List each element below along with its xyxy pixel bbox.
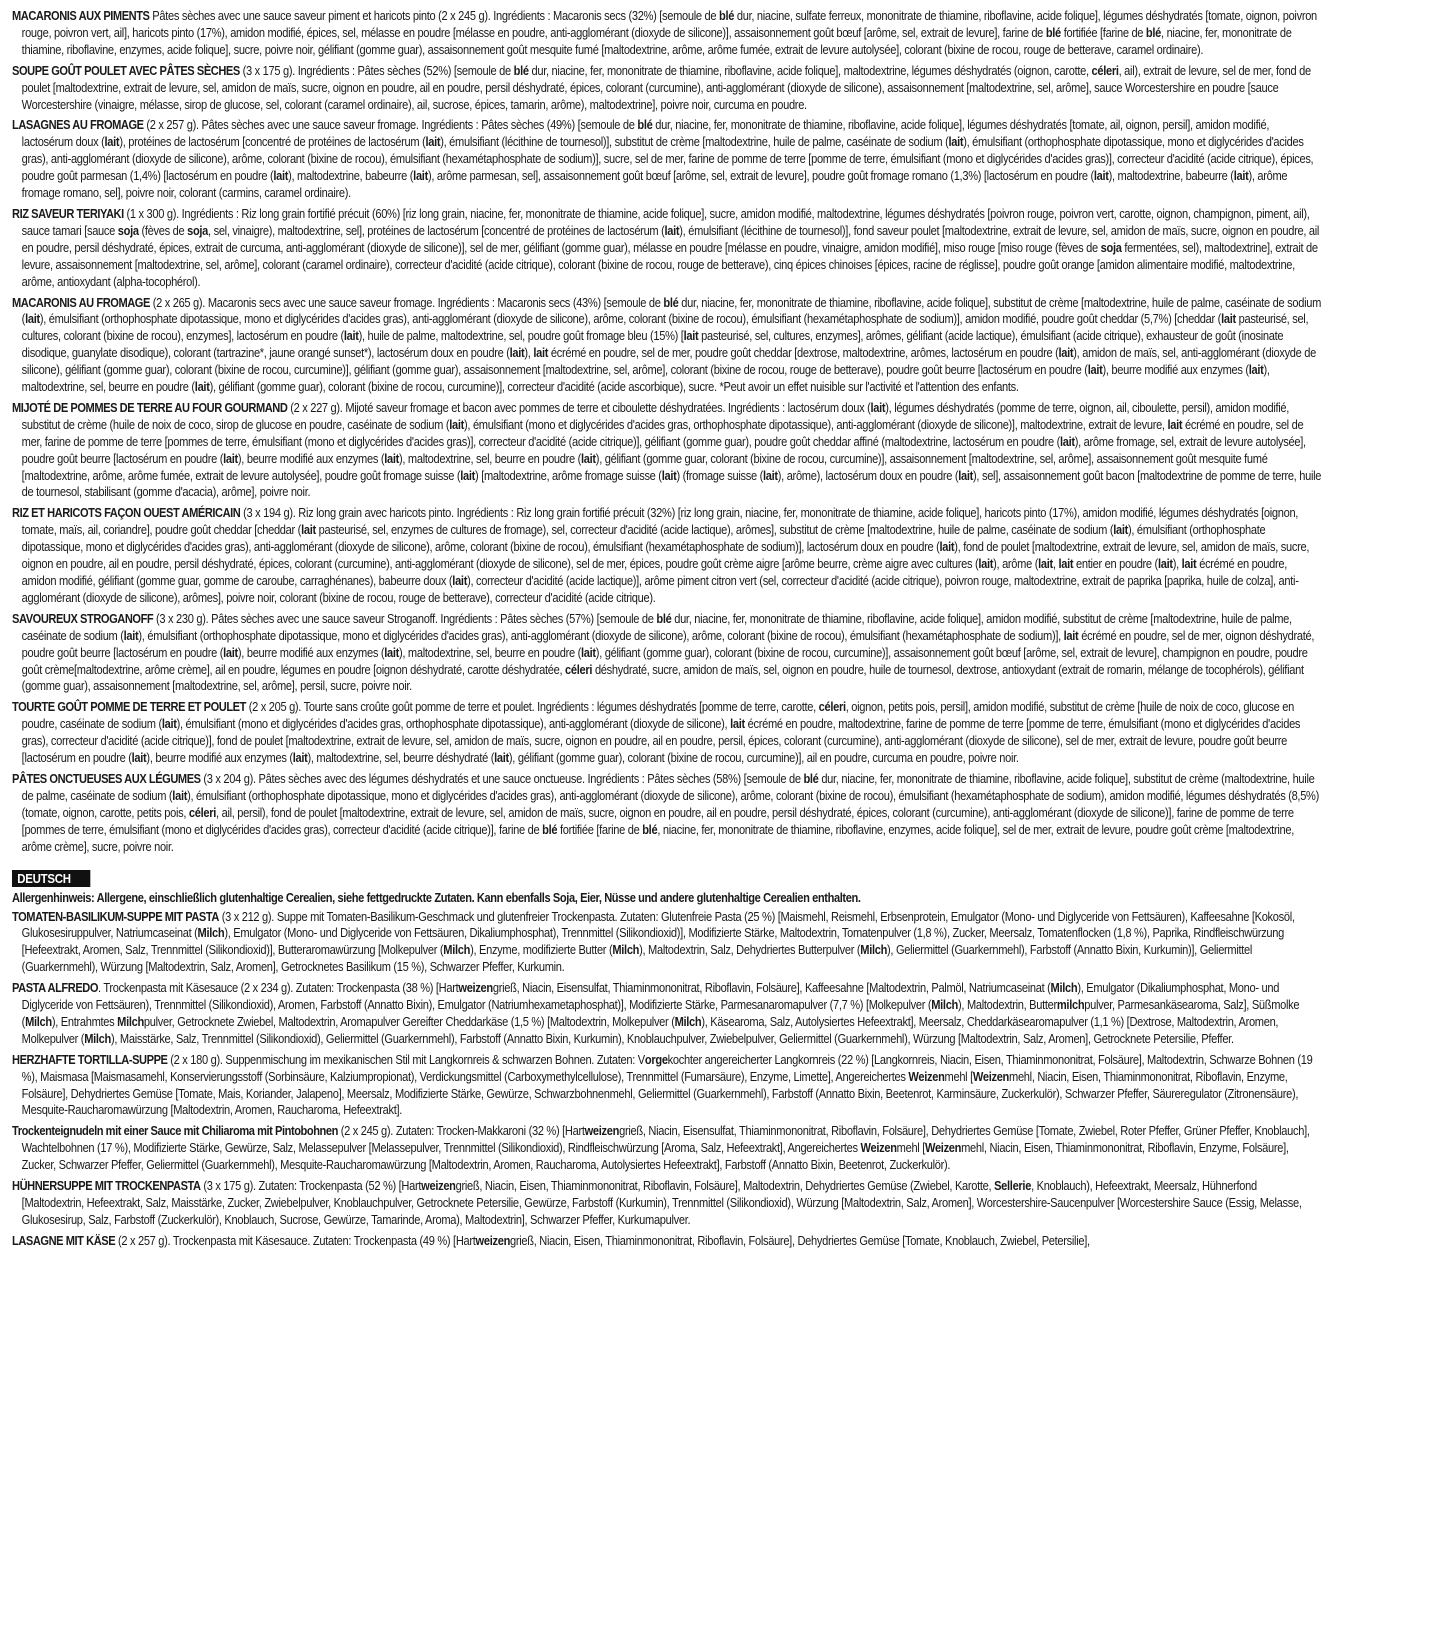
allergen-highlight: blé xyxy=(663,296,678,310)
ingredient-text: mehl [ xyxy=(945,1070,973,1084)
product-title: HÜHNERSUPPE MIT TROCKENPASTA xyxy=(12,1179,201,1193)
allergen-highlight: blé xyxy=(656,612,671,626)
ingredient-text: , sel, vinaigre), maltodextrine, sel], p… xyxy=(208,224,664,238)
product-title: RIZ ET HARICOTS FAÇON OUEST AMÉRICAIN xyxy=(12,506,240,520)
allergen-highlight: lait xyxy=(1167,418,1182,432)
allergen-highlight: lait xyxy=(1249,363,1264,377)
ingredient-text: pulver, Getrocknete Zwiebel, Maltodextri… xyxy=(144,1015,675,1029)
allergen-highlight: blé xyxy=(642,823,657,837)
ingredient-text: ), maltodextrine, sel, beurre en poudre … xyxy=(399,646,581,660)
product-entry: HÜHNERSUPPE MIT TROCKENPASTA (3 x 175 g)… xyxy=(12,1178,1321,1229)
allergen-highlight: lait xyxy=(384,452,399,466)
allergen-highlight: céleri xyxy=(565,663,592,677)
product-entry: Trockenteignudeln mit einer Sauce mit Ch… xyxy=(12,1123,1321,1174)
product-title: Trockenteignudeln mit einer Sauce mit Ch… xyxy=(12,1124,338,1138)
product-title: LASAGNE MIT KÄSE xyxy=(12,1234,115,1248)
ingredient-text: ), émulsifiant (mono et diglycérides d'a… xyxy=(464,418,1167,432)
allergen-highlight: lait xyxy=(581,452,596,466)
ingredient-text: (2 x 205 g). Tourte sans croûte goût pom… xyxy=(246,700,819,714)
ingredient-text: ), Entrahmtes xyxy=(52,1015,117,1029)
ingredient-text: entier en poudre ( xyxy=(1073,557,1158,571)
product-title: LASAGNES AU FROMAGE xyxy=(12,118,144,132)
ingredient-text: dur, niacine, fer, mononitrate de thiami… xyxy=(529,64,1092,78)
allergen-highlight: lait xyxy=(870,401,885,415)
product-entry: TOMATEN-BASILIKUM-SUPPE MIT PASTA (3 x 2… xyxy=(12,909,1321,977)
allergen-highlight: Weizen xyxy=(861,1141,897,1155)
ingredient-text: (2 x 245 g). Zutaten: Trocken-Makkaroni … xyxy=(338,1124,585,1138)
allergen-highlight: Milch xyxy=(443,943,470,957)
product-entry: TOURTE GOÛT POMME DE TERRE ET POULET (2 … xyxy=(12,699,1321,767)
allergen-highlight: lait xyxy=(293,751,308,765)
allergen-highlight: lait xyxy=(940,540,955,554)
ingredient-text: ), maltodextrine, sel, beurre en poudre … xyxy=(399,452,581,466)
product-title: PASTA ALFREDO xyxy=(12,981,98,995)
ingredient-text: ), Maltodextrin, Butter xyxy=(958,998,1057,1012)
allergen-highlight: Milch xyxy=(117,1015,144,1029)
ingredient-text: ), protéines de lactosérum [concentré de… xyxy=(119,135,425,149)
allergen-highlight: lait xyxy=(195,380,210,394)
allergen-highlight: Milch xyxy=(675,1015,702,1029)
ingredient-text: (2 x 265 g). Macaronis secs avec une sau… xyxy=(150,296,663,310)
allergen-highlight: soja xyxy=(187,224,208,238)
allergen-highlight: Weizen xyxy=(908,1070,944,1084)
allergen-highlight: lait xyxy=(460,469,475,483)
allergen-highlight: soja xyxy=(118,224,139,238)
allergen-highlight: lait xyxy=(1038,557,1053,571)
german-section-header: DEUTSCH xyxy=(12,870,90,887)
ingredient-text: Pâtes sèches avec une sauce saveur pimen… xyxy=(150,9,720,23)
allergen-highlight: lait xyxy=(948,135,963,149)
allergen-highlight: lait xyxy=(301,523,316,537)
allergen-highlight: blé xyxy=(542,823,557,837)
ingredient-text: ), gélifiant (gomme guar), colorant (bix… xyxy=(210,380,1019,394)
ingredient-text: (2 x 257 g). Pâtes sèches avec une sauce… xyxy=(144,118,638,132)
product-entry: MACARONIS AUX PIMENTS Pâtes sèches avec … xyxy=(12,8,1321,59)
ingredient-text: ), beurre modifié aux enzymes ( xyxy=(146,751,292,765)
product-entry: RIZ SAVEUR TERIYAKI (1 x 300 g). Ingrédi… xyxy=(12,206,1321,291)
product-entry: LASAGNES AU FROMAGE (2 x 257 g). Pâtes s… xyxy=(12,117,1321,202)
product-entry: SAVOUREUX STROGANOFF (3 x 230 g). Pâtes … xyxy=(12,611,1321,696)
allergen-highlight: lait xyxy=(223,646,238,660)
allergen-highlight: lait xyxy=(494,751,509,765)
allergen-highlight: milch xyxy=(1057,998,1084,1012)
allergen-highlight: lait xyxy=(1060,435,1075,449)
allergen-highlight: céleri xyxy=(819,700,846,714)
allergen-highlight: lait xyxy=(1221,312,1236,326)
allergen-highlight: céleri xyxy=(189,806,216,820)
ingredient-text: ), beurre modifié aux enzymes ( xyxy=(238,452,384,466)
allergen-highlight: blé xyxy=(1146,26,1161,40)
ingredient-text: grieß, Niacin, Eisen, Thiaminmononitrat,… xyxy=(510,1234,1090,1248)
allergen-highlight: lait xyxy=(413,169,428,183)
allergen-highlight: lait xyxy=(763,469,778,483)
allergen-highlight: lait xyxy=(124,629,139,643)
allergen-highlight: lait xyxy=(1158,557,1173,571)
allergen-highlight: lait xyxy=(730,717,745,731)
allergen-highlight: lait xyxy=(25,312,40,326)
allergen-highlight: lait xyxy=(1234,169,1249,183)
allergen-highlight: lait xyxy=(665,224,680,238)
product-entry: RIZ ET HARICOTS FAÇON OUEST AMÉRICAIN (3… xyxy=(12,505,1321,606)
allergen-highlight: lait xyxy=(1094,169,1109,183)
allergen-highlight: lait xyxy=(510,346,525,360)
ingredient-text: ), maltodextrine, babeurre ( xyxy=(288,169,413,183)
ingredient-text: ) (fromage suisse ( xyxy=(676,469,763,483)
ingredient-text: ), Maisstärke, Salz, Trennmittel (Siliko… xyxy=(111,1032,1234,1046)
allergen-highlight: lait xyxy=(1064,629,1079,643)
allergen-highlight: blé xyxy=(719,9,734,23)
allergen-highlight: blé xyxy=(803,772,818,786)
product-title: SOUPE GOÛT POULET AVEC PÂTES SÈCHES xyxy=(12,64,240,78)
allergen-highlight: lait xyxy=(581,646,596,660)
allergen-highlight: Milch xyxy=(84,1032,111,1046)
allergen-highlight: weizen xyxy=(421,1179,455,1193)
product-entry: PÂTES ONCTUEUSES AUX LÉGUMES (3 x 204 g)… xyxy=(12,771,1321,856)
ingredient-text: (3 x 204 g). Pâtes sèches avec des légum… xyxy=(201,772,804,786)
allergen-highlight: Milch xyxy=(25,1015,52,1029)
ingredient-text: ), maltodextrine, sel, beurre déshydraté… xyxy=(308,751,495,765)
ingredient-text: ), maltodextrine, babeurre ( xyxy=(1109,169,1234,183)
ingredient-text: ), arôme), lactosérum doux en poudre ( xyxy=(778,469,958,483)
allergen-highlight: lait xyxy=(533,346,548,360)
product-title: MACARONIS AU FROMAGE xyxy=(12,296,150,310)
ingredient-text: ), beurre modifié aux enzymes ( xyxy=(238,646,384,660)
ingredient-text: (2 x 180 g). Suppenmischung im mexikanis… xyxy=(167,1053,644,1067)
allergen-highlight: Weizen xyxy=(973,1070,1009,1084)
allergen-highlight: lait xyxy=(1059,346,1074,360)
allergen-highlight: céleri xyxy=(1092,64,1119,78)
allergen-highlight: lait xyxy=(425,135,440,149)
allergen-highlight: lait xyxy=(452,574,467,588)
allergen-highlight: Milch xyxy=(612,943,639,957)
ingredient-text: (3 x 175 g). Ingrédients : Pâtes sèches … xyxy=(240,64,514,78)
german-allergen-note: Allergenhinweis: Allergene, einschließli… xyxy=(12,890,1312,907)
allergen-highlight: lait xyxy=(132,751,147,765)
ingredient-text: ), gélifiant (gomme guar), colorant (bix… xyxy=(509,751,1019,765)
ingredient-text: . Trockenpasta mit Käsesauce (2 x 234 g)… xyxy=(98,981,458,995)
allergen-highlight: lait xyxy=(662,469,677,483)
allergen-highlight: lait xyxy=(958,469,973,483)
allergen-highlight: Milch xyxy=(198,926,225,940)
product-title: HERZHAFTE TORTILLA-SUPPE xyxy=(12,1053,167,1067)
product-entry: MIJOTÉ DE POMMES DE TERRE AU FOUR GOURMA… xyxy=(12,400,1321,501)
french-ingredients-section: MACARONIS AUX PIMENTS Pâtes sèches avec … xyxy=(12,8,1312,856)
ingredient-text: ), huile de palme, maltodextrine, sel, p… xyxy=(359,329,684,343)
ingredient-text: ), arôme parmesan, sel], assaisonnement … xyxy=(428,169,1094,183)
product-title: TOURTE GOÛT POMME DE TERRE ET POULET xyxy=(12,700,246,714)
allergen-highlight: blé xyxy=(514,64,529,78)
ingredient-text: fortifiée [farine de xyxy=(1061,26,1146,40)
allergen-highlight: lait xyxy=(978,557,993,571)
allergen-highlight: lait xyxy=(449,418,464,432)
ingredient-text: fortifiée [farine de xyxy=(557,823,642,837)
ingredient-text: mehl [ xyxy=(897,1141,925,1155)
allergen-highlight: lait xyxy=(344,329,359,343)
ingredient-text: grieß, Niacin, Eisensulfat, Thiaminmonon… xyxy=(493,981,1051,995)
ingredient-text: ), émulsifiant (orthophosphate dipotassi… xyxy=(138,629,1063,643)
allergen-highlight: lait xyxy=(223,452,238,466)
allergen-highlight: blé xyxy=(637,118,652,132)
allergen-highlight: weizen xyxy=(585,1124,619,1138)
ingredient-text: ), Enzyme, modifizierte Butter ( xyxy=(470,943,612,957)
ingredient-text: (3 x 175 g). Zutaten: Trockenpasta (52 %… xyxy=(201,1179,422,1193)
allergen-highlight: lait xyxy=(273,169,288,183)
allergen-highlight: lait xyxy=(1058,557,1073,571)
allergen-highlight: lait xyxy=(105,135,120,149)
allergen-highlight: orge xyxy=(645,1053,668,1067)
allergen-highlight: lait xyxy=(384,646,399,660)
ingredient-text: pasteurisé, sel, enzymes de cultures de … xyxy=(316,523,1113,537)
allergen-highlight: weizen xyxy=(458,981,492,995)
ingredient-text: ), Maltodextrin, Salz, Dehydriertes Butt… xyxy=(639,943,860,957)
allergen-highlight: soja xyxy=(1101,241,1122,255)
product-title: RIZ SAVEUR TERIYAKI xyxy=(12,207,124,221)
ingredient-label-document: MACARONIS AUX PIMENTS Pâtes sèches avec … xyxy=(12,8,1312,1254)
allergen-highlight: blé xyxy=(1046,26,1061,40)
ingredient-text: ), émulsifiant (mono et diglycérides d'a… xyxy=(177,717,730,731)
ingredient-text: écrémé en poudre, sel de mer, poudre goû… xyxy=(548,346,1058,360)
product-title: TOMATEN-BASILIKUM-SUPPE MIT PASTA xyxy=(12,910,219,924)
ingredient-text: ), arôme ( xyxy=(993,557,1038,571)
allergen-highlight: Weizen xyxy=(925,1141,961,1155)
product-title: PÂTES ONCTUEUSES AUX LÉGUMES xyxy=(12,772,201,786)
ingredient-text: ), émulsifiant (orthophosphate dipotassi… xyxy=(40,312,1221,326)
allergen-highlight: lait xyxy=(162,717,177,731)
german-ingredients-section: TOMATEN-BASILIKUM-SUPPE MIT PASTA (3 x 2… xyxy=(12,909,1312,1250)
ingredient-text: ), xyxy=(1173,557,1182,571)
allergen-highlight: Milch xyxy=(1051,981,1078,995)
allergen-highlight: lait xyxy=(1088,363,1103,377)
allergen-highlight: lait xyxy=(172,789,187,803)
ingredient-text: (2 x 257 g). Trockenpasta mit Käsesauce.… xyxy=(115,1234,475,1248)
allergen-highlight: Milch xyxy=(931,998,958,1012)
ingredient-text: ) [maltodextrine, arôme fromage suisse ( xyxy=(475,469,662,483)
ingredient-text: grieß, Niacin, Eisen, Thiaminmononitrat,… xyxy=(456,1179,994,1193)
allergen-highlight: weizen xyxy=(476,1234,510,1248)
product-title: MACARONIS AUX PIMENTS xyxy=(12,9,150,23)
ingredient-text: (3 x 230 g). Pâtes sèches avec une sauce… xyxy=(153,612,656,626)
product-title: MIJOTÉ DE POMMES DE TERRE AU FOUR GOURMA… xyxy=(12,401,287,415)
product-entry: LASAGNE MIT KÄSE (2 x 257 g). Trockenpas… xyxy=(12,1233,1321,1250)
allergen-highlight: lait xyxy=(1182,557,1197,571)
ingredient-text: (2 x 227 g). Mijoté saveur fromage et ba… xyxy=(287,401,870,415)
ingredient-text: (fèves de xyxy=(139,224,187,238)
allergen-highlight: lait xyxy=(684,329,699,343)
ingredient-text: ), émulsifiant (lécithine de tournesol)]… xyxy=(440,135,948,149)
allergen-highlight: Sellerie xyxy=(994,1179,1031,1193)
product-entry: HERZHAFTE TORTILLA-SUPPE (2 x 180 g). Su… xyxy=(12,1052,1321,1120)
ingredient-text: ), beurre modifié aux enzymes ( xyxy=(1102,363,1248,377)
product-entry: SOUPE GOÛT POULET AVEC PÂTES SÈCHES (3 x… xyxy=(12,63,1321,114)
product-entry: MACARONIS AU FROMAGE (2 x 265 g). Macaro… xyxy=(12,295,1321,396)
allergen-highlight: Milch xyxy=(860,943,887,957)
product-title: SAVOUREUX STROGANOFF xyxy=(12,612,153,626)
allergen-highlight: lait xyxy=(1113,523,1128,537)
product-entry: PASTA ALFREDO. Trockenpasta mit Käsesauc… xyxy=(12,980,1321,1048)
